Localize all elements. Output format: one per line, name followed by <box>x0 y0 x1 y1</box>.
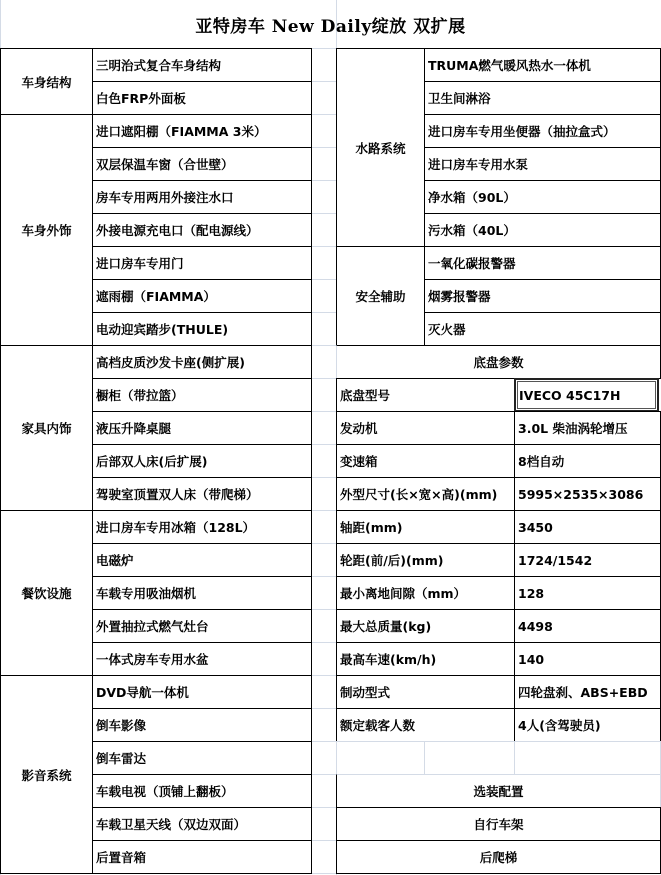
feature-item[interactable]: 高档皮质沙发卡座(侧扩展) <box>92 345 312 379</box>
feature-item[interactable]: 车载卫星天线（双边双面） <box>92 807 312 841</box>
chassis-value[interactable]: 3450 <box>514 510 661 544</box>
feature-item[interactable]: DVD导航一体机 <box>92 675 312 709</box>
empty-cell[interactable] <box>311 807 337 841</box>
empty-cell[interactable] <box>311 708 337 742</box>
feature-item[interactable]: 一氧化碳报警器 <box>424 246 661 280</box>
empty-cell[interactable] <box>311 81 337 115</box>
feature-item[interactable]: 白色FRP外面板 <box>92 81 312 115</box>
empty-cell[interactable] <box>311 378 337 412</box>
empty-cell[interactable] <box>311 576 337 610</box>
chassis-label[interactable]: 外型尺寸(长×宽×高)(mm) <box>336 477 515 511</box>
feature-item[interactable]: 倒车雷达 <box>92 741 312 775</box>
option-item[interactable]: 后爬梯 <box>336 840 661 874</box>
category-label[interactable]: 水路系统 <box>336 48 425 247</box>
feature-item[interactable]: 外接电源充电口（配电源线） <box>92 213 312 247</box>
empty-cell[interactable] <box>311 246 337 280</box>
empty-cell[interactable] <box>311 279 337 313</box>
category-label[interactable]: 家具内饰 <box>0 345 93 511</box>
chassis-header[interactable]: 底盘参数 <box>336 345 661 379</box>
empty-cell[interactable] <box>311 774 337 808</box>
chassis-value[interactable]: IVECO 45C17H <box>514 378 659 412</box>
category-label[interactable]: 车身结构 <box>0 48 93 115</box>
category-label[interactable]: 车身外饰 <box>0 114 93 346</box>
chassis-label[interactable]: 变速箱 <box>336 444 515 478</box>
empty-cell[interactable] <box>336 741 425 775</box>
chassis-label[interactable]: 最小离地间隙（mm） <box>336 576 515 610</box>
empty-cell[interactable] <box>311 147 337 181</box>
chassis-label[interactable]: 额定载客人数 <box>336 708 515 742</box>
empty-cell[interactable] <box>311 411 337 445</box>
feature-item[interactable]: 后置音箱 <box>92 840 312 874</box>
feature-item[interactable]: 烟雾报警器 <box>424 279 661 313</box>
feature-item[interactable]: 液压升降桌腿 <box>92 411 312 445</box>
feature-item[interactable]: 一体式房车专用水盆 <box>92 642 312 676</box>
empty-cell[interactable] <box>311 48 337 82</box>
feature-item[interactable]: 外置抽拉式燃气灶台 <box>92 609 312 643</box>
feature-item[interactable]: 电磁炉 <box>92 543 312 577</box>
empty-cell[interactable] <box>311 477 337 511</box>
chassis-label[interactable]: 底盘型号 <box>336 378 515 412</box>
chassis-label[interactable]: 发动机 <box>336 411 515 445</box>
empty-cell[interactable] <box>311 510 337 544</box>
feature-item[interactable]: 遮雨棚（FIAMMA） <box>92 279 312 313</box>
feature-item[interactable]: 进口遮阳棚（FIAMMA 3米） <box>92 114 312 148</box>
chassis-value[interactable]: 128 <box>514 576 661 610</box>
chassis-value[interactable]: 4498 <box>514 609 661 643</box>
empty-cell[interactable] <box>311 642 337 676</box>
feature-item[interactable]: 净水箱（90L） <box>424 180 661 214</box>
chassis-value[interactable]: 5995×2535×3086 <box>514 477 661 511</box>
feature-item[interactable]: 橱柜（带拉篮） <box>92 378 312 412</box>
feature-item[interactable]: 灭火器 <box>424 312 661 346</box>
empty-cell[interactable] <box>311 609 337 643</box>
feature-item[interactable]: 双层保温车窗（合世壁） <box>92 147 312 181</box>
chassis-label[interactable]: 最大总质量(kg) <box>336 609 515 643</box>
options-header[interactable]: 选装配置 <box>336 774 661 808</box>
empty-cell[interactable] <box>424 741 515 775</box>
empty-cell[interactable] <box>311 345 337 379</box>
empty-cell[interactable] <box>311 675 337 709</box>
empty-cell[interactable] <box>311 213 337 247</box>
feature-item[interactable]: 污水箱（40L） <box>424 213 661 247</box>
chassis-value[interactable]: 3.0L 柴油涡轮增压 <box>514 411 661 445</box>
feature-item[interactable]: 车载电视（顶铺上翻板） <box>92 774 312 808</box>
chassis-label[interactable]: 轮距(前/后)(mm) <box>336 543 515 577</box>
empty-cell[interactable] <box>311 741 337 775</box>
chassis-label[interactable]: 制动型式 <box>336 675 515 709</box>
empty-cell[interactable] <box>311 180 337 214</box>
chassis-value[interactable]: 4人(含驾驶员) <box>514 708 661 742</box>
page-title: 亚特房车 New Daily绽放 双扩展 <box>0 0 661 48</box>
category-label[interactable]: 影音系统 <box>0 675 93 874</box>
feature-item[interactable]: 车载专用吸油烟机 <box>92 576 312 610</box>
chassis-value[interactable]: 四轮盘刹、ABS+EBD <box>514 675 661 709</box>
feature-item[interactable]: 进口房车专用坐便器（抽拉盒式） <box>424 114 661 148</box>
empty-cell[interactable] <box>311 543 337 577</box>
feature-item[interactable]: 进口房车专用冰箱（128L） <box>92 510 312 544</box>
chassis-value[interactable]: 1724/1542 <box>514 543 661 577</box>
feature-item[interactable]: 卫生间淋浴 <box>424 81 661 115</box>
empty-cell[interactable] <box>311 840 337 874</box>
empty-cell[interactable] <box>311 114 337 148</box>
option-item[interactable]: 自行车架 <box>336 807 661 841</box>
category-label[interactable]: 餐饮设施 <box>0 510 93 676</box>
feature-item[interactable]: 驾驶室顶置双人床（带爬梯） <box>92 477 312 511</box>
feature-item[interactable]: 进口房车专用水泵 <box>424 147 661 181</box>
feature-item[interactable]: 倒车影像 <box>92 708 312 742</box>
empty-cell[interactable] <box>311 444 337 478</box>
feature-item[interactable]: 房车专用两用外接注水口 <box>92 180 312 214</box>
chassis-value[interactable]: 8档自动 <box>514 444 661 478</box>
feature-item[interactable]: 后部双人床(后扩展) <box>92 444 312 478</box>
feature-item[interactable]: 进口房车专用门 <box>92 246 312 280</box>
feature-item[interactable]: 三明治式复合车身结构 <box>92 48 312 82</box>
feature-item[interactable]: 电动迎宾踏步(THULE) <box>92 312 312 346</box>
chassis-label[interactable]: 最高车速(km/h) <box>336 642 515 676</box>
chassis-value[interactable]: 140 <box>514 642 661 676</box>
empty-cell[interactable] <box>514 741 661 775</box>
feature-item[interactable]: TRUMA燃气暖风热水一体机 <box>424 48 661 82</box>
chassis-label[interactable]: 轴距(mm) <box>336 510 515 544</box>
category-label[interactable]: 安全辅助 <box>336 246 425 346</box>
empty-cell[interactable] <box>311 312 337 346</box>
